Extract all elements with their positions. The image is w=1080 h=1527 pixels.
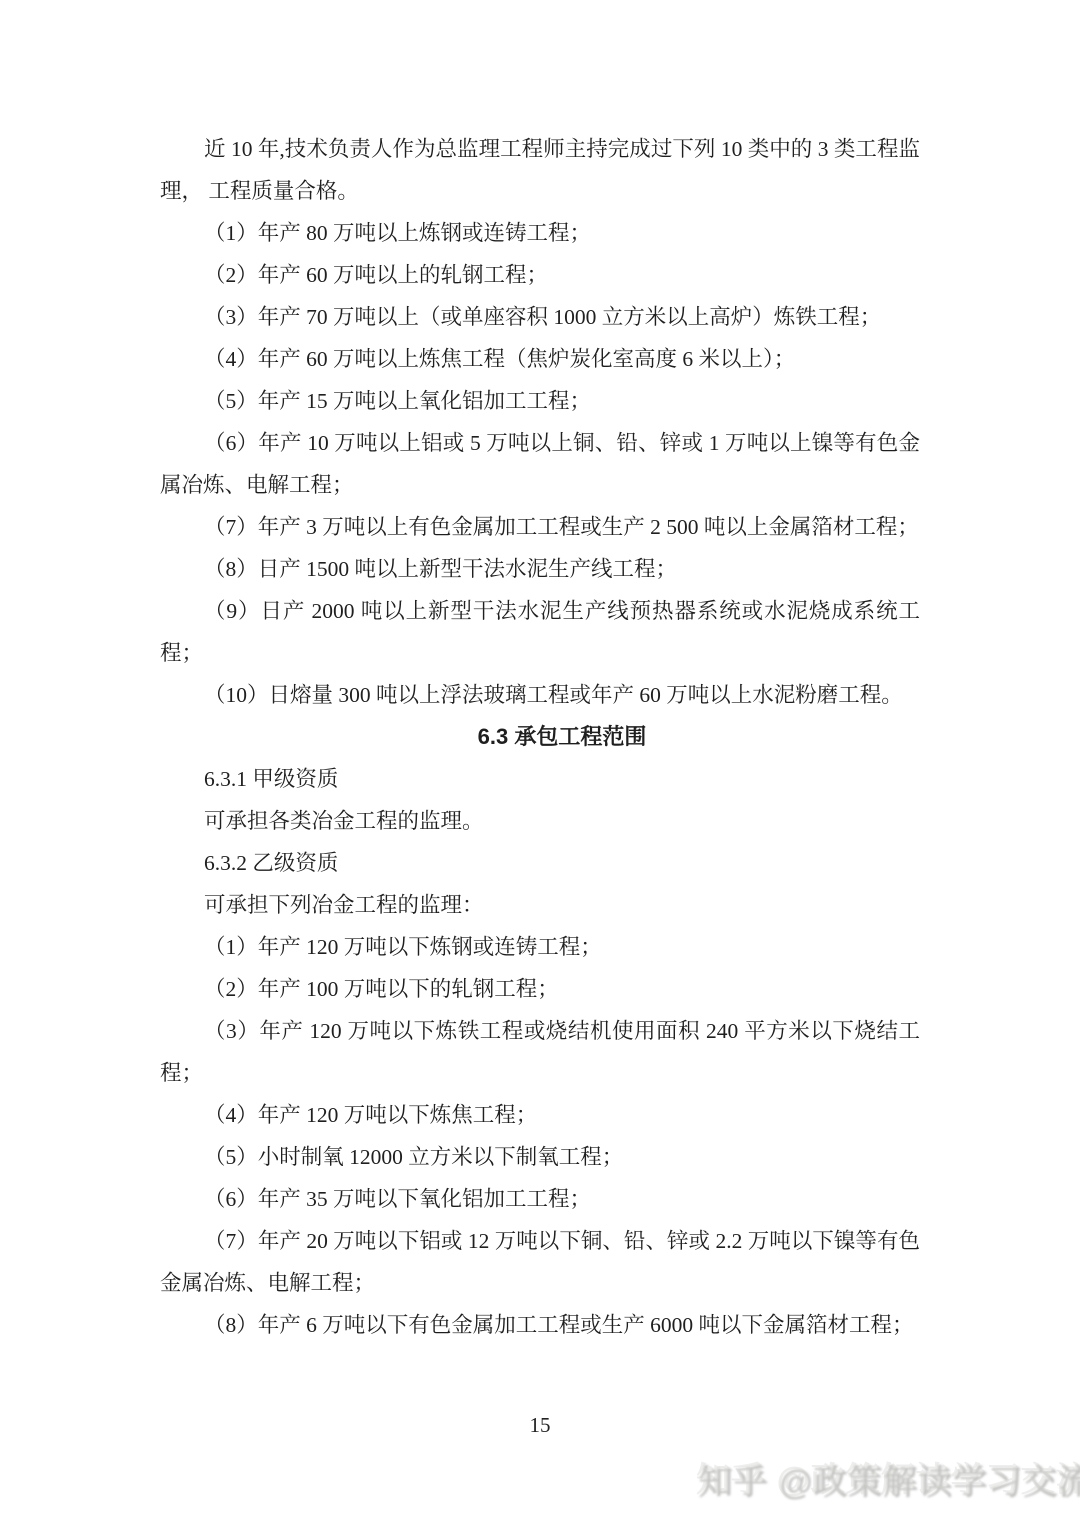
intro-paragraph: 近 10 年,技术负责人作为总监理工程师主持完成过下列 10 类中的 3 类工程… [160,128,920,212]
grade-a-item-8: （8）日产 1500 吨以上新型干法水泥生产线工程； [160,548,920,590]
grade-a-item-3: （3）年产 70 万吨以上（或单座容积 1000 立方米以上高炉）炼铁工程； [160,296,920,338]
grade-a-item-9: （9）日产 2000 吨以上新型干法水泥生产线预热器系统或水泥烧成系统工程； [160,590,920,674]
section-heading: 6.3 承包工程范围 [160,716,920,758]
grade-a-item-6: （6）年产 10 万吨以上铝或 5 万吨以上铜、铅、锌或 1 万吨以上镍等有色金… [160,422,920,506]
grade-b-item-5: （5）小时制氧 12000 立方米以下制氧工程； [160,1136,920,1178]
grade-b-item-8: （8）年产 6 万吨以下有色金属加工工程或生产 6000 吨以下金属箔材工程； [160,1304,920,1346]
document-body: 近 10 年,技术负责人作为总监理工程师主持完成过下列 10 类中的 3 类工程… [160,128,920,1346]
grade-b-item-2: （2）年产 100 万吨以下的轧钢工程； [160,968,920,1010]
grade-b-item-7: （7）年产 20 万吨以下铝或 12 万吨以下铜、铅、锌或 2.2 万吨以下镍等… [160,1220,920,1304]
grade-a-item-1: （1）年产 80 万吨以上炼钢或连铸工程； [160,212,920,254]
grade-b-item-1: （1）年产 120 万吨以下炼钢或连铸工程； [160,926,920,968]
document-page: 近 10 年,技术负责人作为总监理工程师主持完成过下列 10 类中的 3 类工程… [0,0,1080,1527]
grade-a-item-10: （10）日熔量 300 吨以上浮法玻璃工程或年产 60 万吨以上水泥粉磨工程。 [160,674,920,716]
grade-b-item-4: （4）年产 120 万吨以下炼焦工程； [160,1094,920,1136]
grade-b-item-6: （6）年产 35 万吨以下氧化铝加工工程； [160,1178,920,1220]
subsection-631-heading: 6.3.1 甲级资质 [160,758,920,800]
page-number: 15 [0,1407,1080,1443]
grade-a-item-4: （4）年产 60 万吨以上炼焦工程（焦炉炭化室高度 6 米以上）； [160,338,920,380]
grade-a-item-7: （7）年产 3 万吨以上有色金属加工工程或生产 2 500 吨以上金属箔材工程； [160,506,920,548]
grade-a-item-2: （2）年产 60 万吨以上的轧钢工程； [160,254,920,296]
grade-b-item-3: （3）年产 120 万吨以下炼铁工程或烧结机使用面积 240 平方米以下烧结工程… [160,1010,920,1094]
subsection-632-body: 可承担下列冶金工程的监理： [160,884,920,926]
grade-a-item-5: （5）年产 15 万吨以上氧化铝加工工程； [160,380,920,422]
zhihu-watermark: 知乎 @政策解读学习交流 [696,1455,1080,1505]
subsection-632-heading: 6.3.2 乙级资质 [160,842,920,884]
subsection-631-body: 可承担各类冶金工程的监理。 [160,800,920,842]
